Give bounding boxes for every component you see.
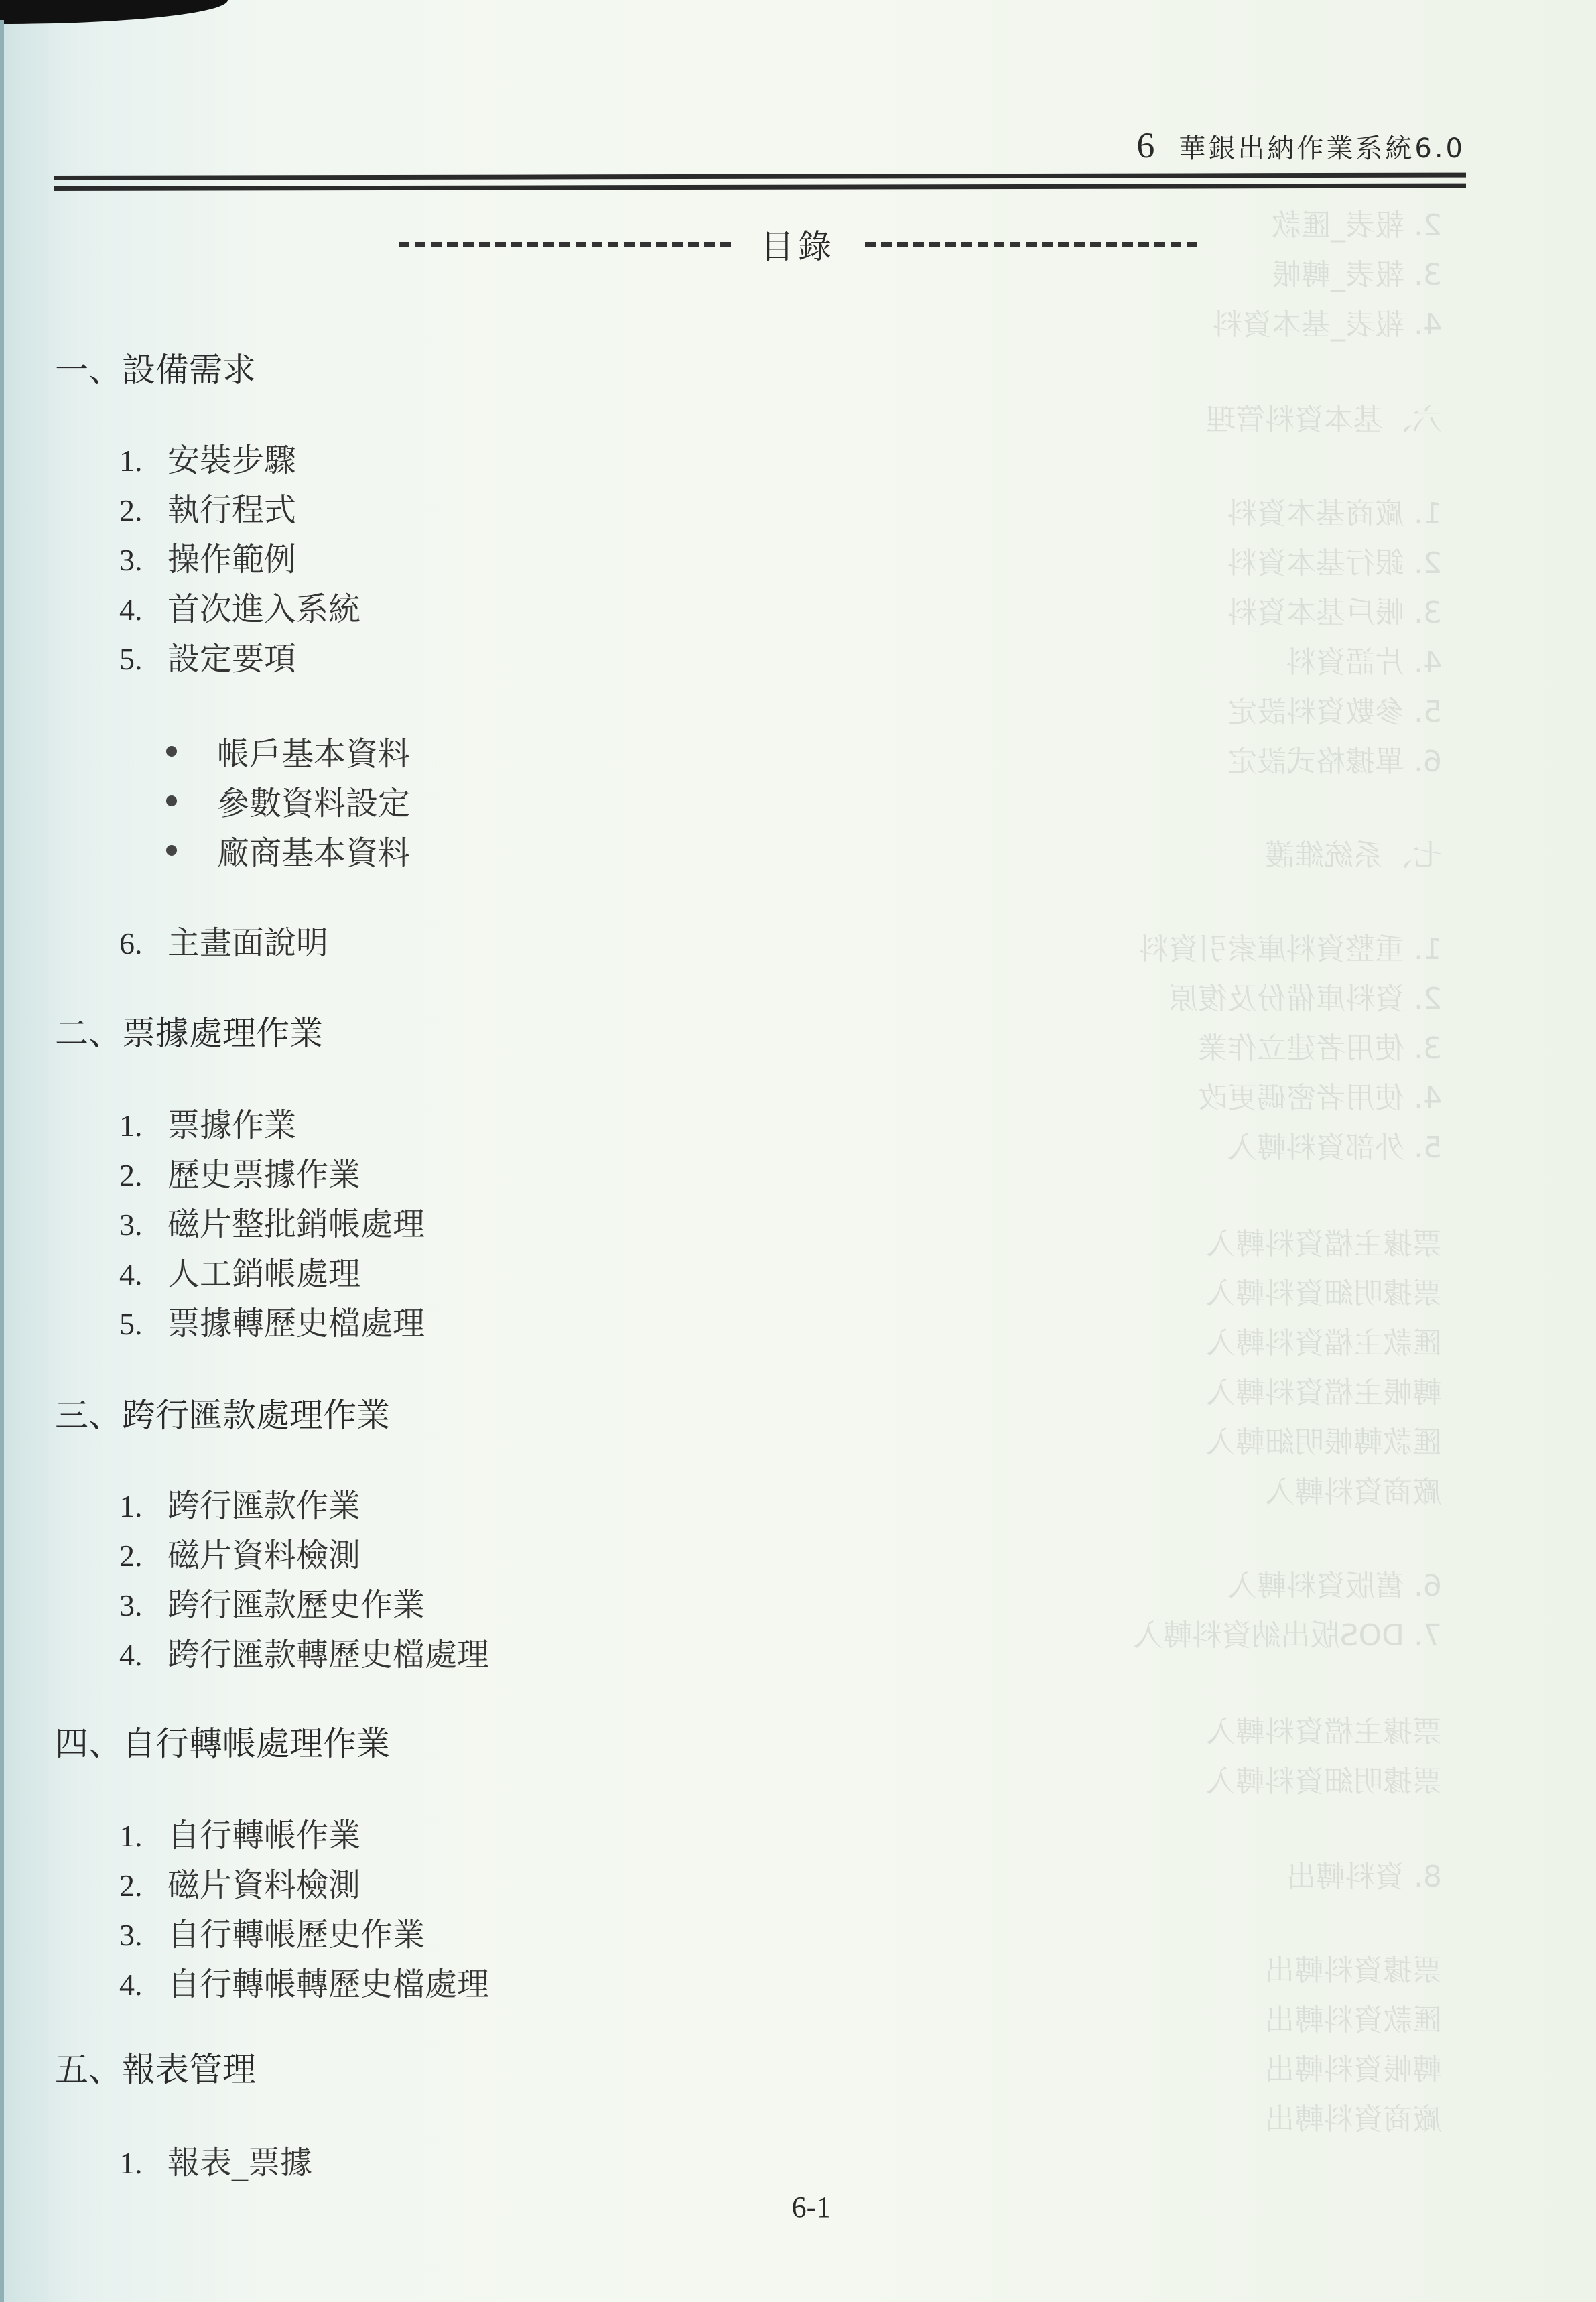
toc-entry[interactable]: 1.跨行匯款作業 <box>119 1480 360 1526</box>
toc-section-heading[interactable]: 三、跨行匯款處理作業 <box>55 1389 390 1437</box>
toc-section-heading[interactable]: 二、票據處理作業 <box>55 1007 323 1055</box>
toc-subentry[interactable]: 帳戶基本資料 <box>166 728 410 774</box>
toc-entry[interactable]: 4.自行轉帳轉歷史檔處理 <box>119 1958 489 2004</box>
toc-entry[interactable]: 4.跨行匯款轉歷史檔處理 <box>119 1628 489 1675</box>
toc-entry[interactable]: 3.磁片整批銷帳處理 <box>119 1198 425 1244</box>
toc-entry[interactable]: 4.人工銷帳處理 <box>119 1248 360 1294</box>
toc-entry[interactable]: 1.票據作業 <box>119 1099 296 1145</box>
dash-rule-left <box>399 242 731 247</box>
toc-entry[interactable]: 2.磁片資料檢測 <box>119 1859 360 1905</box>
scan-edge-shadow <box>0 0 228 24</box>
toc-entry[interactable]: 3.自行轉帳歷史作業 <box>119 1909 425 1955</box>
toc-entry[interactable]: 4.首次進入系統 <box>119 583 360 629</box>
toc-title-row: 目錄 <box>0 220 1596 268</box>
bullet-icon <box>166 746 177 757</box>
header-rule-bottom <box>54 184 1466 191</box>
toc-entry[interactable]: 2.磁片資料檢測 <box>119 1529 360 1576</box>
toc-subentry[interactable]: 參數資料設定 <box>166 777 410 824</box>
toc-entry[interactable]: 5.設定要項 <box>119 633 296 679</box>
page-number: 6-1 <box>0 2190 1596 2224</box>
toc-entry[interactable]: 3.操作範例 <box>119 533 296 580</box>
toc-entry[interactable]: 6.主畫面說明 <box>119 917 328 963</box>
toc-section-heading[interactable]: 一、設備需求 <box>55 343 256 391</box>
toc-entry[interactable]: 2.執行程式 <box>119 484 296 530</box>
toc-entry[interactable]: 1.報表_票據 <box>119 2136 312 2183</box>
toc-entry[interactable]: 2.歷史票據作業 <box>119 1149 360 1195</box>
toc-entry[interactable]: 1.自行轉帳作業 <box>119 1809 360 1856</box>
dash-rule-right <box>865 242 1197 247</box>
bullet-icon <box>166 845 177 856</box>
toc-section-heading[interactable]: 四、自行轉帳處理作業 <box>55 1717 390 1765</box>
toc-section-heading[interactable]: 五、報表管理 <box>55 2043 256 2091</box>
toc-entry[interactable]: 5.票據轉歷史檔處理 <box>119 1297 425 1344</box>
toc-entry[interactable]: 1.安裝步驟 <box>119 434 296 481</box>
chapter-number: 6 <box>1136 125 1154 166</box>
running-header: 6 華銀出納作業系統6.0 <box>1136 125 1465 166</box>
toc-title: 目錄 <box>760 220 836 268</box>
bullet-icon <box>166 795 177 806</box>
header-rule-top <box>54 173 1466 180</box>
scan-left-edge <box>0 20 4 2302</box>
toc-subentry[interactable]: 廠商基本資料 <box>166 827 410 873</box>
book-title: 華銀出納作業系統6.0 <box>1179 127 1465 166</box>
toc-entry[interactable]: 3.跨行匯款歷史作業 <box>119 1579 425 1625</box>
